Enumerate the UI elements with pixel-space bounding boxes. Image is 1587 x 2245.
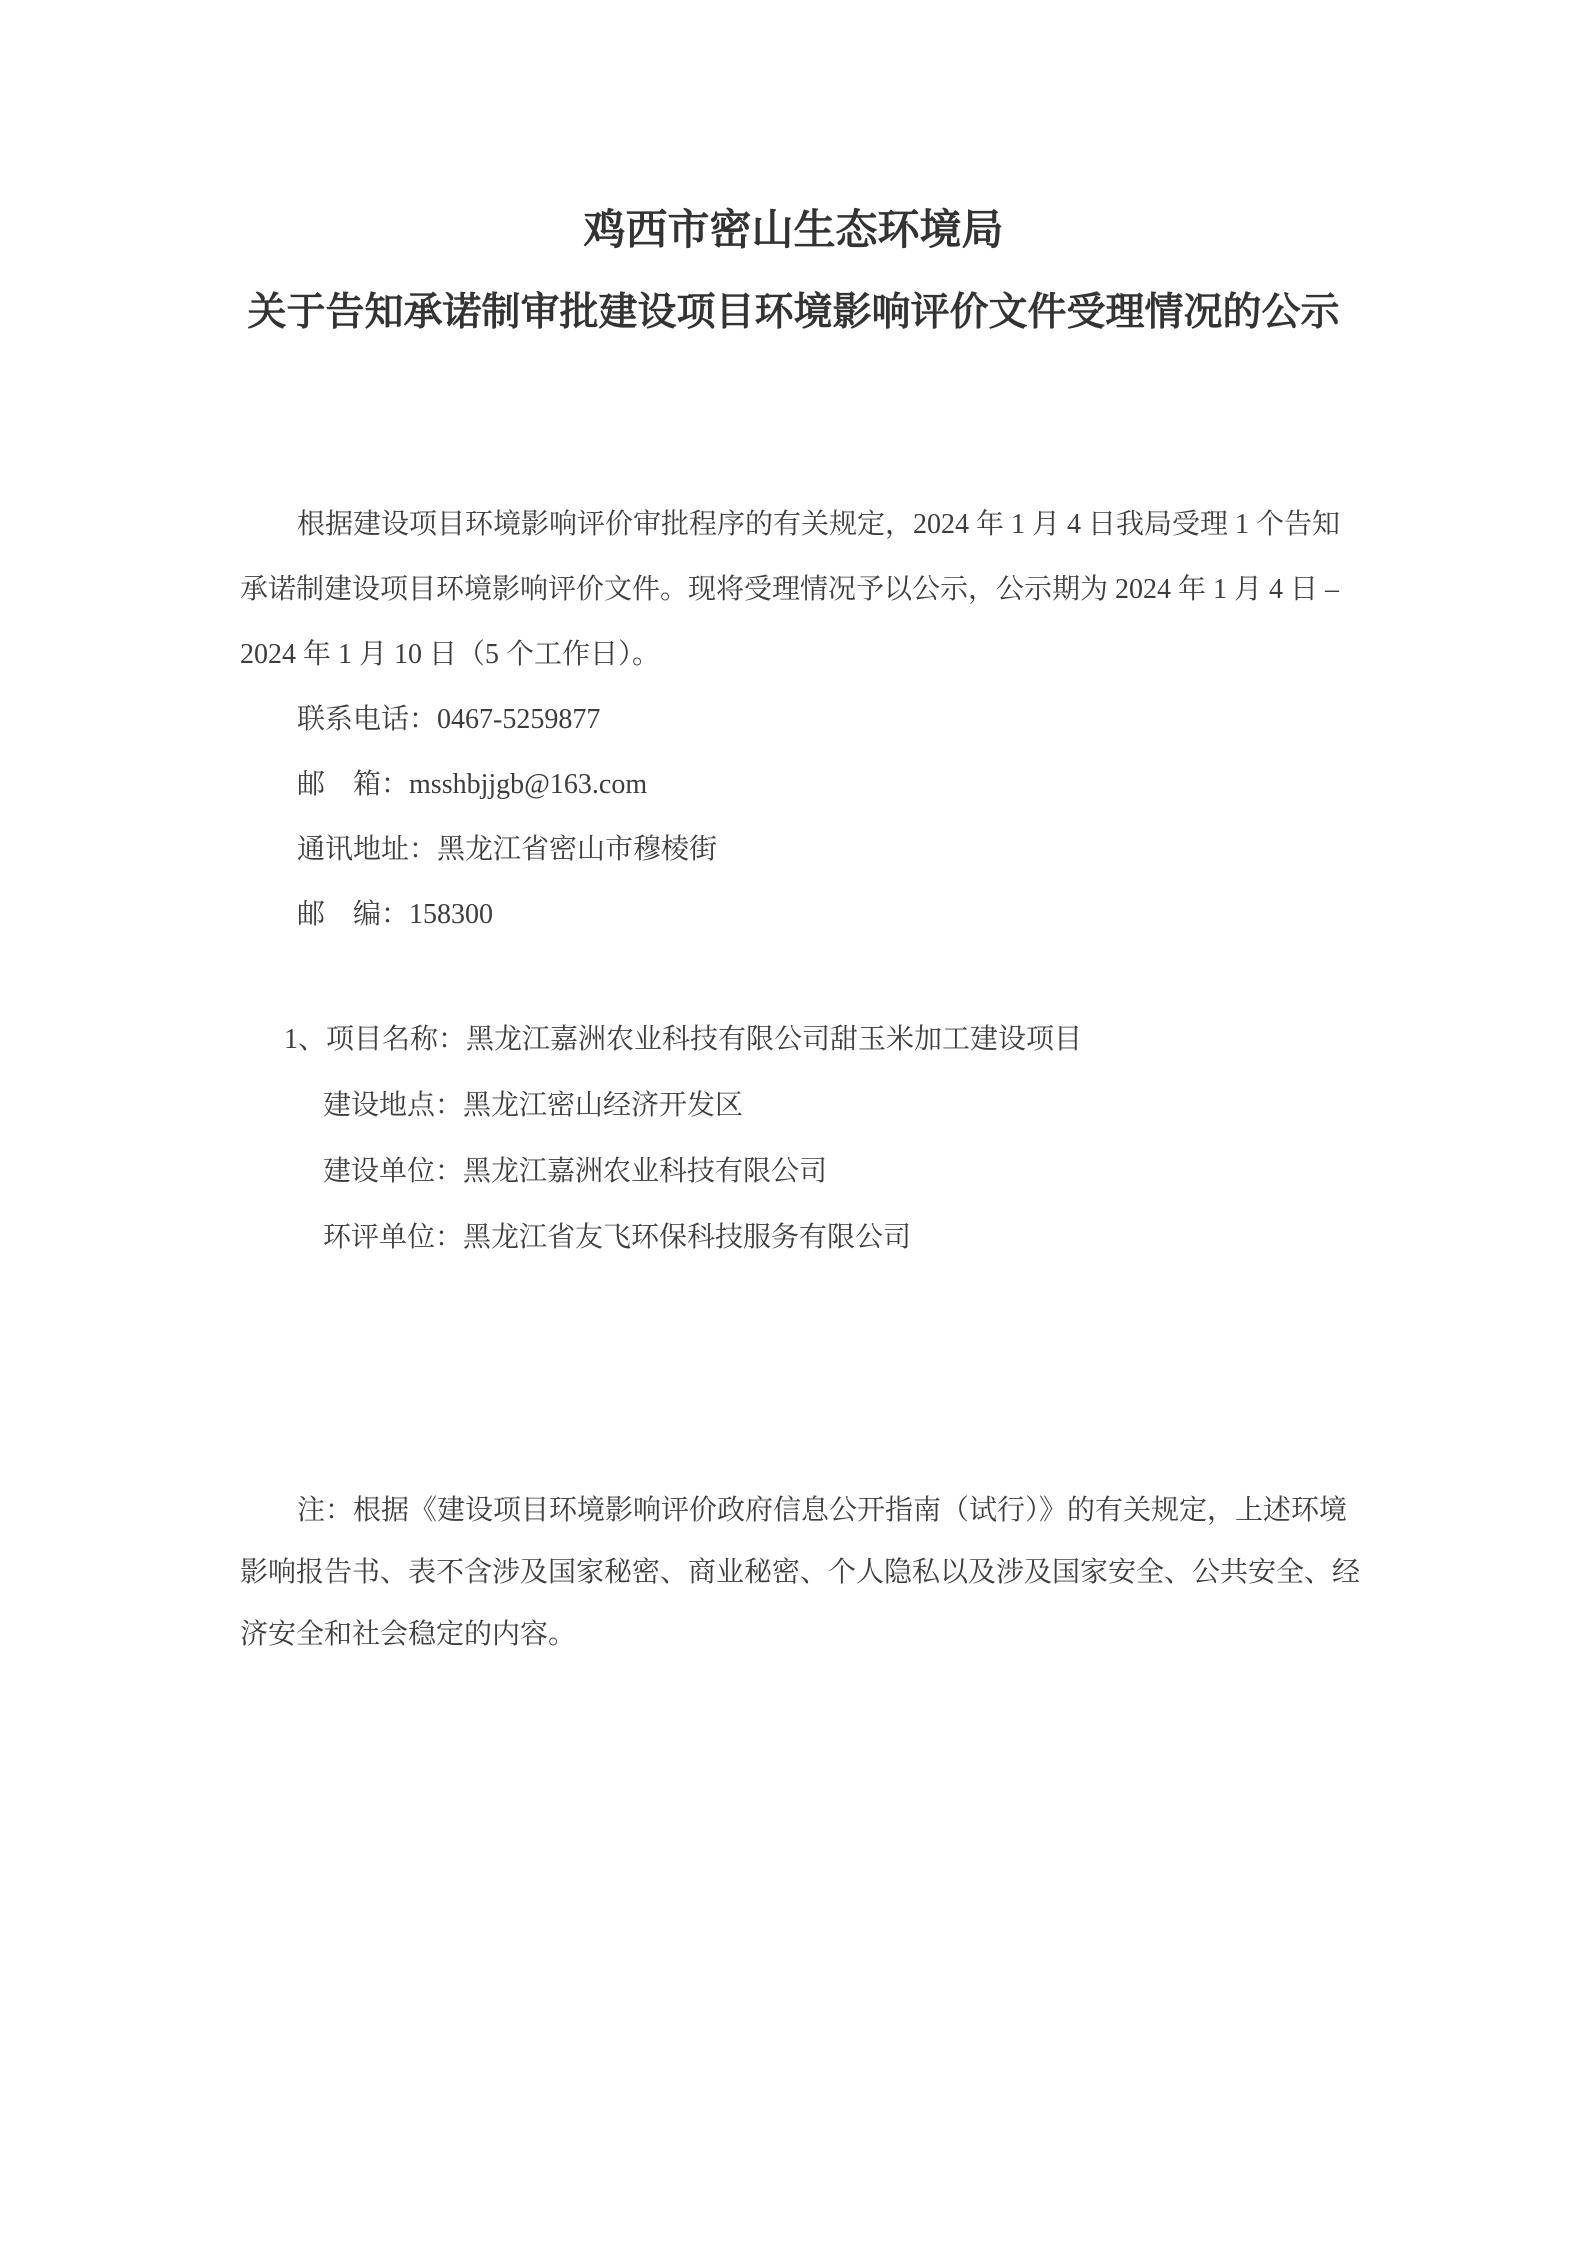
note-line-3: 济安全和社会稳定的内容。 [240,1604,1347,1666]
contact-phone-value: 0467-5259877 [437,704,600,735]
contact-email: 邮 箱：msshbjjgb@163.com [240,752,1347,817]
contact-address: 通讯地址：黑龙江省密山市穆棱街 [240,817,1347,882]
project-builder-line: 建设单位：黑龙江嘉洲农业科技有限公司 [240,1139,1347,1205]
project-builder-label: 建设单位： [323,1156,463,1187]
project-name-label: 项目名称： [326,1024,466,1055]
project-index: 1、 [284,1024,326,1055]
document-subtitle: 关于告知承诺制审批建设项目环境影响评价文件受理情况的公示 [240,286,1347,340]
intro-line-2: 承诺制建设项目环境影响评价文件。现将受理情况予以公示，公示期为 2024 年 1… [240,557,1347,622]
project-location-value: 黑龙江密山经济开发区 [463,1090,743,1121]
intro-line-1: 根据建设项目环境影响评价审批程序的有关规定，2024 年 1 月 4 日我局受理… [240,492,1347,557]
contact-postcode-value: 158300 [409,899,493,930]
project-location-label: 建设地点： [323,1090,463,1121]
contact-postcode-label: 邮 编： [297,899,409,930]
contact-email-value: msshbjjgb@163.com [409,769,647,800]
project-eia-agency-label: 环评单位： [323,1222,463,1253]
document-title: 鸡西市密山生态环境局 [240,200,1347,260]
contact-address-label: 通讯地址： [297,834,437,865]
contact-postcode: 邮 编：158300 [240,882,1347,947]
contact-info: 联系电话：0467-5259877 邮 箱：msshbjjgb@163.com … [240,687,1347,947]
project-eia-agency-value: 黑龙江省友飞环保科技服务有限公司 [463,1222,911,1253]
contact-address-value: 黑龙江省密山市穆棱街 [437,834,717,865]
project-eia-agency-line: 环评单位：黑龙江省友飞环保科技服务有限公司 [240,1205,1347,1271]
note-line-1: 注：根据《建设项目环境影响评价政府信息公开指南（试行）》的有关规定，上述环境 [240,1480,1347,1542]
intro-line-3: 2024 年 1 月 10 日（5 个工作日）。 [240,622,1347,687]
document-page: 鸡西市密山生态环境局 关于告知承诺制审批建设项目环境影响评价文件受理情况的公示 … [0,0,1587,2245]
contact-phone: 联系电话：0467-5259877 [240,687,1347,752]
note-line-2: 影响报告书、表不含涉及国家秘密、商业秘密、个人隐私以及涉及国家安全、公共安全、经 [240,1542,1347,1604]
intro-paragraph: 根据建设项目环境影响评价审批程序的有关规定，2024 年 1 月 4 日我局受理… [240,492,1347,687]
project-builder-value: 黑龙江嘉洲农业科技有限公司 [463,1156,827,1187]
contact-email-label: 邮 箱： [297,769,409,800]
contact-phone-label: 联系电话： [297,704,437,735]
project-name-value: 黑龙江嘉洲农业科技有限公司甜玉米加工建设项目 [466,1024,1082,1055]
project-name-line: 1、项目名称：黑龙江嘉洲农业科技有限公司甜玉米加工建设项目 [240,1007,1347,1073]
note-paragraph: 注：根据《建设项目环境影响评价政府信息公开指南（试行）》的有关规定，上述环境 影… [240,1480,1347,1666]
project-location-line: 建设地点：黑龙江密山经济开发区 [240,1073,1347,1139]
project-section: 1、项目名称：黑龙江嘉洲农业科技有限公司甜玉米加工建设项目 建设地点：黑龙江密山… [240,1007,1347,1271]
